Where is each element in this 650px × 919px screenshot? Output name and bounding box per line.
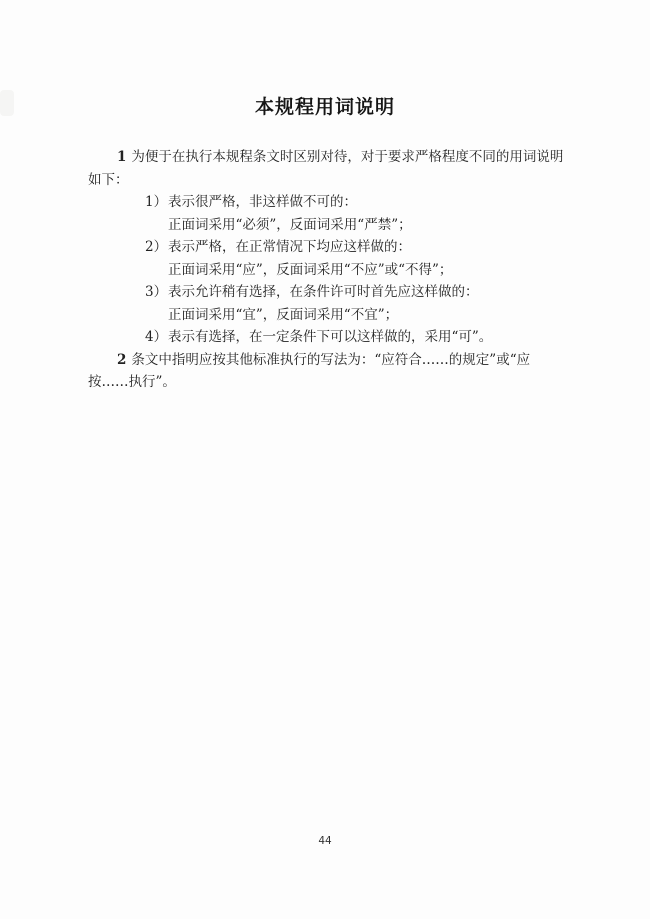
term-item-3: 3）表示允许稍有选择，在条件许可时首先应这样做的： 正面词采用“宜”，反面词采用… [145, 281, 566, 326]
term-item-1-desc-line: 1）表示很严格，非这样做不可的： [145, 191, 566, 214]
paragraph-2-text: 条文中指明应按其他标准执行的写法为：“应符合……的规定”或“应 [131, 352, 530, 368]
term-item-3-desc-line: 3）表示允许稍有选择，在条件许可时首先应这样做的： [145, 281, 566, 304]
term-item-1-number: 1） [145, 191, 168, 214]
term-item-3-desc: 表示允许稍有选择，在条件许可时首先应这样做的： [168, 284, 479, 300]
term-item-2-usage: 正面词采用“应”，反面词采用“不应”或“不得”； [145, 259, 566, 282]
paragraph-2-line-2: 按……执行”。 [88, 371, 566, 394]
paragraph-2-line-1: 2条文中指明应按其他标准执行的写法为：“应符合……的规定”或“应 [88, 349, 566, 372]
clause-number: 2 [117, 352, 126, 368]
term-item-3-usage: 正面词采用“宜”，反面词采用“不宜”； [145, 304, 566, 327]
term-item-2: 2）表示严格，在正常情况下均应这样做的： 正面词采用“应”，反面词采用“不应”或… [145, 236, 566, 281]
page-title: 本规程用词说明 [0, 92, 650, 119]
term-item-2-desc: 表示严格，在正常情况下均应这样做的： [168, 239, 411, 255]
term-item-4-desc-line: 4）表示有选择，在一定条件下可以这样做的，采用“可”。 [145, 326, 566, 349]
page-number: 44 [0, 835, 650, 847]
term-item-4-desc: 表示有选择，在一定条件下可以这样做的，采用“可”。 [168, 329, 492, 345]
paragraph-1-line-2: 如下： [88, 169, 566, 192]
clause-number: 1 [117, 149, 126, 165]
document-page: 本规程用词说明 1为便于在执行本规程条文时区别对待，对于要求严格程度不同的用词说… [0, 0, 650, 919]
term-item-4-number: 4） [145, 326, 168, 349]
term-item-2-desc-line: 2）表示严格，在正常情况下均应这样做的： [145, 236, 566, 259]
term-item-1: 1）表示很严格，非这样做不可的： 正面词采用“必须”，反面词采用“严禁”； [145, 191, 566, 236]
term-item-3-number: 3） [145, 281, 168, 304]
paragraph-1-text: 为便于在执行本规程条文时区别对待，对于要求严格程度不同的用词说明 [131, 149, 563, 165]
term-item-4: 4）表示有选择，在一定条件下可以这样做的，采用“可”。 [145, 326, 566, 349]
term-item-1-usage: 正面词采用“必须”，反面词采用“严禁”； [145, 214, 566, 237]
term-item-2-number: 2） [145, 236, 168, 259]
paragraph-1-line-1: 1为便于在执行本规程条文时区别对待，对于要求严格程度不同的用词说明 [88, 146, 566, 169]
document-body: 1为便于在执行本规程条文时区别对待，对于要求严格程度不同的用词说明 如下： 1）… [88, 146, 566, 394]
term-item-1-desc: 表示很严格，非这样做不可的： [168, 194, 357, 210]
